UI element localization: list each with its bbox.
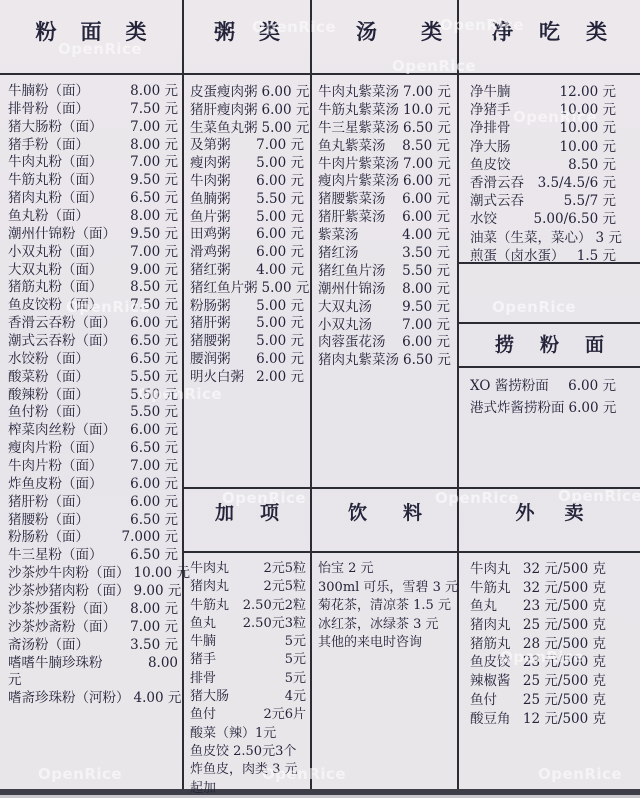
item-name: 净大肠: [470, 135, 511, 155]
menu-item-row: 怡宝 2 元: [318, 557, 456, 576]
menu-item-row: 瘦肉片紫菜汤6.00 元: [318, 169, 450, 187]
menu-item-row: 牛肉粥6.00 元: [190, 169, 304, 187]
menu-item-row: 鱼皮饺 2.50元3个: [190, 740, 306, 758]
menu-item-row: 牛筋丸紫菜汤10.0 元: [318, 98, 450, 116]
section-separator-line: [184, 551, 640, 553]
item-price: 5.00/6.50 元: [534, 207, 616, 227]
menu-item-row: 瘦肉粥5.00 元: [190, 151, 304, 169]
item-name: 牛肉丸: [470, 557, 511, 577]
menu-item-row: 猪手5元: [190, 648, 306, 666]
menu-item-row: 猪筋丸28 元/500 克: [470, 632, 606, 651]
menu-item-row: 猪肉丸粉（面）6.50 元: [8, 186, 178, 204]
item-name: 排骨: [190, 667, 216, 686]
item-price: 23 元/500 克: [523, 594, 606, 614]
section-title-congee: 粥类: [184, 16, 310, 46]
menu-item-row: 牛肉片粉（面）7.00 元: [8, 454, 178, 472]
menu-item-row: 沙茶炒猪肉粉（面）9.00 元: [8, 579, 178, 597]
menu-item-row: 猪筋丸粉（面）8.50 元: [8, 275, 178, 293]
item-price: 6.50 元: [403, 348, 451, 368]
item-name: 水饺: [470, 207, 497, 227]
noodle-item-list: 牛腩粉（面）8.00 元排骨粉（面）7.50 元猪大肠粉（面）7.00 元猪手粉…: [8, 79, 178, 704]
menu-item-row: 榨菜肉丝粉（面）6.00 元: [8, 418, 178, 436]
menu-item-row: 瘦肉片粉（面）6.50 元: [8, 436, 178, 454]
item-name: 菊花茶，清凉茶 1.5 元: [318, 594, 451, 613]
item-name: 其他的来电时咨询: [318, 631, 422, 650]
menu-item-row: 小双丸粉（面）7.00 元: [8, 240, 178, 258]
item-name: 300ml 可乐，雪碧 3 元: [318, 576, 458, 595]
item-name: 油菜（生菜，菜心）: [470, 226, 592, 246]
item-price: 3.5/4.5/6 元: [538, 171, 616, 191]
menu-item-row: 鱼丸2.50元3粒: [190, 612, 306, 630]
menu-item-row: 鱼丸23 元/500 克: [470, 594, 606, 613]
item-name: 酸豆角: [470, 707, 511, 727]
menu-item-row: 潮式云吞5.5/7 元: [470, 189, 616, 207]
menu-item-row: 牛三星紫菜汤6.50 元: [318, 116, 450, 134]
menu-item-row: 猪肝瘦肉粥6.00 元: [190, 98, 304, 116]
menu-item-row: 鱼丸紫菜汤8.50 元: [318, 134, 450, 152]
menu-item-row: 牛筋丸32 元/500 克: [470, 576, 606, 595]
item-price: 5.5/7 元: [564, 189, 616, 209]
menu-item-row: 牛肉丸32 元/500 克: [470, 557, 606, 576]
item-name: 起加: [190, 777, 216, 796]
item-name: 鱼皮饺: [470, 650, 511, 670]
menu-item-row: 牛筋丸2.50元2粒: [190, 594, 306, 612]
menu-item-row: 其他的来电时咨询: [318, 631, 456, 650]
menu-item-row: 净牛腩12.00 元: [470, 80, 616, 98]
menu-item-row: 粉肠粉（面）7.000 元: [8, 525, 178, 543]
item-price: 6.00 元: [569, 396, 617, 416]
menu-item-row: 酸辣粉（面）5.50 元: [8, 383, 178, 401]
column-divider: [457, 0, 459, 789]
menu-item-row: XO 酱捞粉面6.00 元: [470, 374, 616, 396]
item-price: 12.00 元: [560, 80, 616, 100]
item-price: 2.50元2粒: [243, 594, 306, 613]
item-name: 猪大肠: [190, 685, 229, 704]
menu-item-row: 明火白粥2.00 元: [190, 365, 304, 383]
menu-item-row: 沙茶炒牛肉粉（面）10.00 元: [8, 561, 178, 579]
menu-item-row: 猪大肠4元: [190, 685, 306, 703]
menu-item-row: 牛筋丸粉（面）9.50 元: [8, 168, 178, 186]
menu-item-row: 大双丸粉（面）9.00 元: [8, 258, 178, 276]
item-name: 猪肉丸: [470, 613, 511, 633]
item-name: 净猪手: [470, 98, 511, 118]
menu-item-row: 菊花茶，清凉茶 1.5 元: [318, 594, 456, 613]
section-separator-line: [184, 487, 640, 489]
item-price: 10.00 元: [560, 135, 616, 155]
menu-item-row: 香滑云吞粉（面）6.00 元: [8, 311, 178, 329]
menu-item-row: 猪红粥4.00 元: [190, 258, 304, 276]
section-separator-line: [459, 322, 640, 324]
header-separator-line: [0, 73, 640, 75]
item-name: 鱼付: [190, 703, 216, 722]
menu-item-row: 田鸡粥6.00 元: [190, 222, 304, 240]
congee-item-list: 皮蛋瘦肉粥6.00 元猪肝瘦肉粥6.00 元生菜鱼丸粥5.00 元及第粥7.00…: [190, 80, 304, 383]
menu-item-row: 猪手粉（面）8.00 元: [8, 133, 178, 151]
menu-item-row: 沙茶炒斋粉（面）7.00 元: [8, 615, 178, 633]
menu-item-row: 猪肝紫菜汤6.00 元: [318, 205, 450, 223]
item-name: 猪筋丸: [470, 632, 511, 652]
menu-item-row: 炸鱼皮，肉类 3 元: [190, 758, 306, 776]
menu-item-row: 香滑云吞3.5/4.5/6 元: [470, 171, 616, 189]
item-price: 6.00 元: [568, 374, 616, 394]
menu-item-row: 紫菜汤4.00 元: [318, 223, 450, 241]
menu-item-row: 鱼丸粉（面）8.00 元: [8, 204, 178, 222]
item-price: 1.5 元: [577, 244, 616, 264]
menu-item-row: 斋汤粉（面）3.50 元: [8, 633, 178, 651]
menu-item-row: 炸鱼皮粉（面）6.00 元: [8, 472, 178, 490]
menu-item-row: 潮式云吞粉（面）6.50 元: [8, 329, 178, 347]
section-title-drinks: 饮料: [312, 498, 457, 525]
menu-item-row: 牛三星粉（面）6.50 元: [8, 543, 178, 561]
menu-item-row: 猪肉丸紫菜汤6.50 元: [318, 348, 450, 366]
item-name: 香滑云吞: [470, 171, 524, 191]
drinks-item-list: 怡宝 2 元300ml 可乐，雪碧 3 元菊花茶，清凉茶 1.5 元冰红茶，冰绿…: [318, 557, 456, 650]
item-price: 2元5粒: [263, 575, 306, 594]
item-name: 明火白粥: [190, 365, 244, 385]
section-title-plain-eat: 净吃类: [459, 16, 640, 46]
menu-item-row: 牛肉片紫菜汤7.00 元: [318, 152, 450, 170]
menu-item-row: 嗜嗜牛腩珍珠粉8.00: [8, 651, 178, 669]
item-price: 10.00 元: [560, 98, 616, 118]
item-name: 牛筋丸: [190, 594, 229, 613]
openrice-watermark: OpenRice: [38, 765, 122, 783]
soup-item-list: 牛肉丸紫菜汤7.00 元牛筋丸紫菜汤10.0 元牛三星紫菜汤6.50 元鱼丸紫菜…: [318, 80, 450, 366]
item-price: 32 元/500 克: [523, 576, 606, 596]
column-divider: [310, 0, 312, 789]
menu-item-row: 酸豆角12 元/500 克: [470, 707, 606, 726]
item-price: 3 元: [596, 226, 622, 246]
item-name: 嗜斋珍珠粉（河粉）: [8, 686, 130, 706]
menu-item-row: 鱼皮饺8.50 元: [470, 153, 616, 171]
menu-item-row: 酸菜（辣）1元: [190, 722, 306, 740]
menu-item-row: 生菜鱼丸粥5.00 元: [190, 116, 304, 134]
menu-item-row: 净大肠10.00 元: [470, 135, 616, 153]
menu-item-row: 猪红汤3.50 元: [318, 241, 450, 259]
menu-item-row: 猪腰粥5.00 元: [190, 329, 304, 347]
item-name: XO 酱捞粉面: [470, 374, 549, 394]
menu-item-row: 水饺粉（面）6.50 元: [8, 347, 178, 365]
item-name: 鱼丸: [470, 594, 497, 614]
item-price: 10.00 元: [560, 116, 616, 136]
menu-item-row: 腰润粥6.00 元: [190, 347, 304, 365]
item-price: 2.50元3粒: [243, 612, 306, 631]
item-name: 鱼付: [470, 688, 497, 708]
menu-item-row: 猪大肠粉（面）7.00 元: [8, 115, 178, 133]
item-name: 炸鱼皮，肉类 3 元: [190, 758, 298, 777]
item-price: 28 元/500 克: [523, 632, 606, 652]
menu-item-row: 沙茶炒蛋粉（面）8.00 元: [8, 597, 178, 615]
menu-item-row: 猪肉丸25 元/500 克: [470, 613, 606, 632]
item-name: 猪肉丸: [190, 575, 229, 594]
menu-item-row: 鱼付25 元/500 克: [470, 688, 606, 707]
menu-item-row: 大双丸汤9.50 元: [318, 295, 450, 313]
menu-item-row: 鱼皮饺粉（面）7.50 元: [8, 293, 178, 311]
menu-item-row: 肉蓉蛋花汤6.00 元: [318, 330, 450, 348]
item-price: 2元6片: [263, 703, 306, 722]
openrice-watermark: OpenRice: [538, 765, 622, 783]
item-price: 5元: [285, 667, 306, 686]
item-price: 4元: [285, 685, 306, 704]
item-price: 4.00 元: [134, 686, 182, 706]
menu-item-row: 滑鸡粥6.00 元: [190, 240, 304, 258]
item-name: 煎蛋（卤水蛋）: [470, 244, 565, 264]
takeaway-item-list: 牛肉丸32 元/500 克牛筋丸32 元/500 克鱼丸23 元/500 克猪肉…: [470, 557, 606, 725]
item-name: 猪肉丸紫菜汤: [318, 348, 399, 368]
item-name: 鱼皮饺: [470, 153, 511, 173]
menu-page: { "watermark": "OpenRice", "colors": { "…: [0, 0, 640, 798]
menu-item-row: 冰红茶，冰绿茶 3 元: [318, 613, 456, 632]
menu-item-row: 猪肉丸2元5粒: [190, 575, 306, 593]
menu-item-row: 排骨5元: [190, 667, 306, 685]
section-separator-line: [459, 366, 640, 368]
section-title-noodles: 粉面类: [0, 16, 182, 46]
menu-item-row: 嗜斋珍珠粉（河粉）4.00 元: [8, 686, 178, 704]
menu-item-row: 牛肉丸紫菜汤7.00 元: [318, 80, 450, 98]
item-name: 鱼丸: [190, 612, 216, 631]
menu-item-row: 牛肉丸粉（面）7.00 元: [8, 150, 178, 168]
menu-item-row: 油菜（生菜，菜心）3 元: [470, 226, 616, 244]
item-name: 鱼皮饺 2.50元3个: [190, 740, 296, 759]
item-name: 冰红茶，冰绿茶 3 元: [318, 613, 439, 632]
menu-item-row: 港式炸酱捞粉面6.00 元: [470, 396, 616, 418]
menu-item-row: 煎蛋（卤水蛋）1.5 元: [470, 244, 616, 262]
lo-noodles-item-list: XO 酱捞粉面6.00 元港式炸酱捞粉面6.00 元: [470, 374, 616, 418]
item-name: 港式炸酱捞粉面: [470, 396, 565, 416]
menu-item-row: 猪腰粉（面）6.50 元: [8, 508, 178, 526]
menu-item-row: 鱼皮饺23 元/500 克: [470, 650, 606, 669]
menu-item-row: 皮蛋瘦肉粥6.00 元: [190, 80, 304, 98]
menu-item-row: 猪肝粉（面）6.00 元: [8, 490, 178, 508]
menu-item-row: 起加: [190, 777, 306, 795]
item-name: 净牛腩: [470, 80, 511, 100]
item-price: 25 元/500 克: [523, 669, 606, 689]
item-price: 2.00 元: [256, 365, 304, 385]
item-price: 12 元/500 克: [523, 707, 606, 727]
column-divider: [182, 0, 184, 789]
menu-item-row: 猪红鱼片汤5.50 元: [318, 259, 450, 277]
menu-item-row: 鱼片粥5.00 元: [190, 205, 304, 223]
menu-item-row: 潮州什锦汤8.00 元: [318, 277, 450, 295]
menu-item-row: 鱼腩粥5.50 元: [190, 187, 304, 205]
menu-item-row: 水饺5.00/6.50 元: [470, 207, 616, 225]
item-price: 5元: [285, 648, 306, 667]
menu-item-row: 潮州什锦粉（面）9.50 元: [8, 222, 178, 240]
item-name: 辣椒酱: [470, 669, 511, 689]
menu-item-row: 净排骨10.00 元: [470, 116, 616, 134]
item-price: 8.50 元: [568, 153, 616, 173]
addons-item-list: 牛肉丸2元5粒猪肉丸2元5粒牛筋丸2.50元2粒鱼丸2.50元3粒牛腩5元猪手5…: [190, 557, 306, 795]
item-name: 猪手: [190, 648, 216, 667]
item-name: 潮式云吞: [470, 189, 524, 209]
section-title-soup: 汤类: [312, 16, 457, 46]
menu-item-row: 猪肝粥5.00 元: [190, 311, 304, 329]
menu-item-row: 鱼付粉（面）5.50 元: [8, 400, 178, 418]
item-price: 32 元/500 克: [523, 557, 606, 577]
menu-item-row: 酸菜粉（面）5.50 元: [8, 365, 178, 383]
menu-item-row: 及第粥7.00 元: [190, 133, 304, 151]
section-title-lo-noodles: 捞粉面: [459, 330, 640, 357]
item-name: 牛肉丸: [190, 557, 229, 576]
openrice-watermark: OpenRice: [492, 298, 576, 316]
item-name: 净排骨: [470, 116, 511, 136]
item-price: 2元5粒: [263, 557, 306, 576]
section-title-addons: 加项: [184, 498, 310, 525]
item-price: 5元: [285, 630, 306, 649]
item-price: 25 元/500 克: [523, 688, 606, 708]
item-price: 25 元/500 克: [523, 613, 606, 633]
menu-item-row: 鱼付2元6片: [190, 703, 306, 721]
menu-item-row: 小双丸汤7.00 元: [318, 313, 450, 331]
menu-item-row: 牛腩5元: [190, 630, 306, 648]
item-name: 怡宝 2 元: [318, 557, 374, 576]
menu-item-row: 元: [8, 668, 178, 686]
menu-item-row: 辣椒酱25 元/500 克: [470, 669, 606, 688]
menu-item-row: 猪腰紫菜汤6.00 元: [318, 187, 450, 205]
menu-item-row: 粉肠粥5.00 元: [190, 294, 304, 312]
menu-item-row: 排骨粉（面）7.50 元: [8, 97, 178, 115]
menu-item-row: 牛肉丸2元5粒: [190, 557, 306, 575]
item-name: 酸菜（辣）1元: [190, 722, 276, 741]
plain-eat-item-list: 净牛腩12.00 元净猪手10.00 元净排骨10.00 元净大肠10.00 元…: [470, 80, 616, 262]
menu-item-row: 牛腩粉（面）8.00 元: [8, 79, 178, 97]
item-price: 23 元/500 克: [523, 650, 606, 670]
item-name: 牛腩: [190, 630, 216, 649]
section-title-takeaway: 外卖: [459, 498, 640, 525]
menu-item-row: 净猪手10.00 元: [470, 98, 616, 116]
item-name: 牛筋丸: [470, 576, 511, 596]
menu-item-row: 300ml 可乐，雪碧 3 元: [318, 576, 456, 595]
menu-item-row: 猪红鱼片粥5.00 元: [190, 276, 304, 294]
